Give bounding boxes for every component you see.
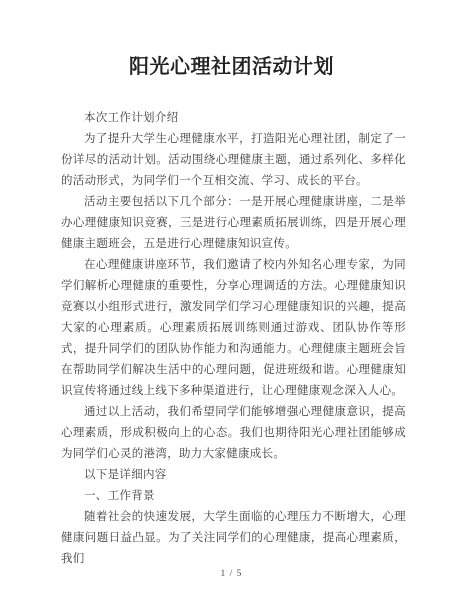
document-page: 阳光心理社团活动计划 本次工作计划介绍 为了提升大学生心理健康水平，打造阳光心理… (0, 0, 463, 600)
paragraph-activity-list: 活动主要包括以下几个部分：一是开展心理健康讲座，二是举办心理健康知识竞赛，三是进… (61, 192, 406, 255)
paragraph-activity-details: 在心理健康讲座环节，我们邀请了校内外知名心理专家，为同学们解析心理健康的重要性，… (61, 255, 406, 402)
paragraph-expectations: 通过以上活动，我们希望同学们能够增强心理健康意识，提高心理素质，形成积极向上的心… (61, 402, 406, 465)
section-heading-background: 一、工作背景 (61, 486, 406, 507)
paragraph-overview: 为了提升大学生心理健康水平，打造阳光心理社团，制定了一份详尽的活动计划。活动围绕… (61, 129, 406, 192)
intro-heading: 本次工作计划介绍 (61, 108, 406, 129)
detail-content-label: 以下是详细内容 (61, 465, 406, 486)
document-body: 本次工作计划介绍 为了提升大学生心理健康水平，打造阳光心理社团，制定了一份详尽的… (61, 108, 406, 570)
page-number-indicator: 1 / 5 (0, 569, 463, 579)
paragraph-background: 随着社会的快速发展，大学生面临的心理压力不断增大，心理健康问题日益凸显。为了关注… (61, 507, 406, 570)
document-title: 阳光心理社团活动计划 (40, 54, 423, 80)
